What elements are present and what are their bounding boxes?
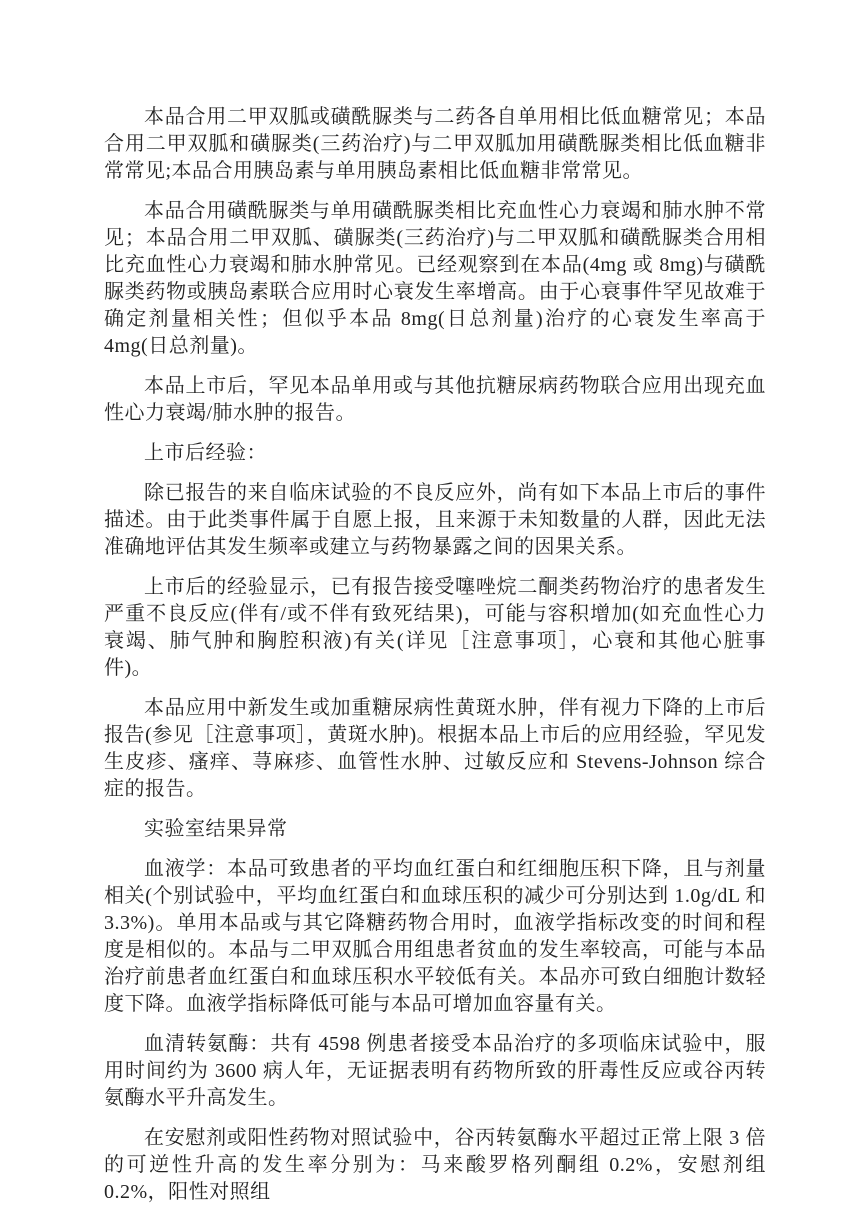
- paragraph-macular-edema-and-skin-reactions: 本品应用中新发生或加重糖尿病性黄斑水肿，伴有视力下降的上市后报告(参见［注意事项…: [104, 695, 766, 803]
- document-page: 本品合用二甲双胍或磺酰脲类与二药各自单用相比低血糖常见；本品合用二甲双胍和磺脲类…: [0, 0, 868, 1227]
- paragraph-hematology: 血液学：本品可致患者的平均血红蛋白和红细胞压积下降，且与剂量相关(个别试验中，平…: [104, 856, 766, 1018]
- paragraph-voluntary-reporting-disclaimer: 除已报告的来自临床试验的不良反应外，尚有如下本品上市后的事件描述。由于此类事件属…: [104, 480, 766, 561]
- paragraph-chf-pulmonary-edema-incidence: 本品合用磺酰脲类与单用磺酰脲类相比充血性心力衰竭和肺水肿不常见；本品合用二甲双胍…: [104, 198, 766, 360]
- paragraph-alt-elevation-rates: 在安慰剂或阳性药物对照试验中，谷丙转氨酶水平超过正常上限 3 倍的可逆性升高的发…: [104, 1125, 766, 1206]
- paragraph-serum-transaminase: 血清转氨酶：共有 4598 例患者接受本品治疗的多项临床试验中，服用时间约为 3…: [104, 1031, 766, 1112]
- section-heading-postmarketing-experience: 上市后经验：: [104, 440, 766, 467]
- paragraph-tzd-serious-adverse-reactions: 上市后的经验显示，已有报告接受噻唑烷二酮类药物治疗的患者发生严重不良反应(伴有/…: [104, 574, 766, 682]
- paragraph-hypoglycemia-combination-therapy: 本品合用二甲双胍或磺酰脲类与二药各自单用相比低血糖常见；本品合用二甲双胍和磺脲类…: [104, 104, 766, 185]
- section-heading-laboratory-abnormalities: 实验室结果异常: [104, 816, 766, 843]
- paragraph-postmarketing-chf-reports: 本品上市后，罕见本品单用或与其他抗糖尿病药物联合应用出现充血性心力衰竭/肺水肿的…: [104, 373, 766, 427]
